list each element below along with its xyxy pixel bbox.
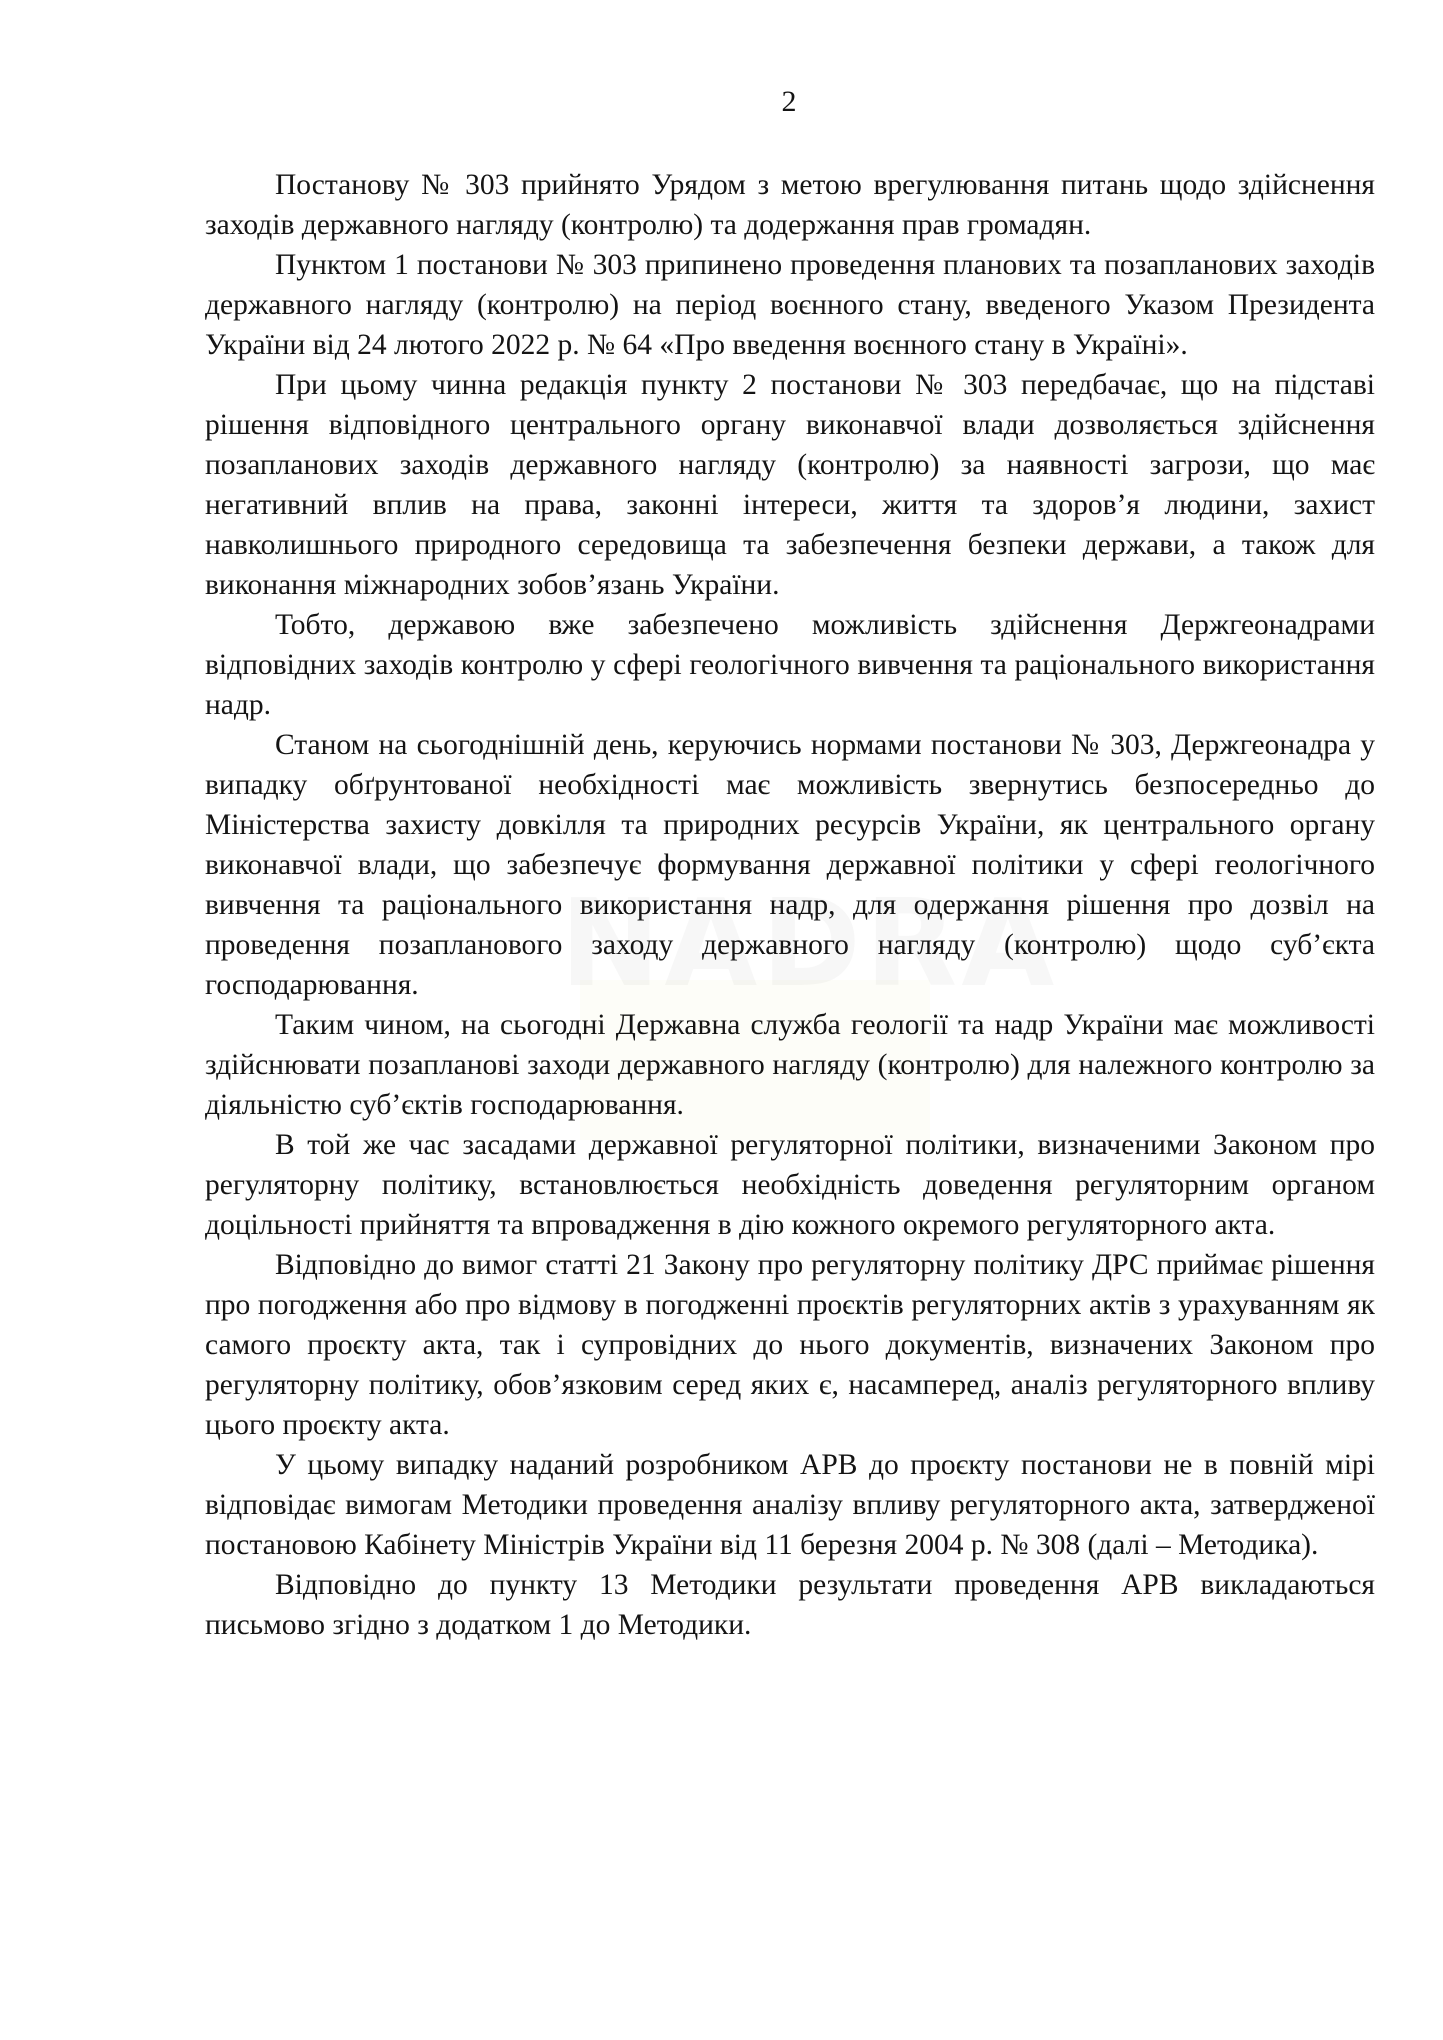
paragraph-derzhgeonadra-may-apply: Станом на сьогоднішній день, керуючись н…	[205, 725, 1375, 1005]
paragraph-methodology-point-13: Відповідно до пункту 13 Методики результ…	[205, 1565, 1375, 1645]
paragraph-inspections-suspended: Пунктом 1 постанови № 303 припинено пров…	[205, 245, 1375, 365]
paragraph-regulatory-policy-principles: В той же час засадами державної регулято…	[205, 1125, 1375, 1245]
paragraph-geology-service-capabilities: Таким чином, на сьогодні Державна служба…	[205, 1005, 1375, 1125]
page-number: 2	[0, 82, 1443, 122]
paragraph-arv-noncompliance: У цьому випадку наданий розробником АРВ …	[205, 1445, 1375, 1565]
paragraph-state-provided-possibility: Тобто, державою вже забезпечено можливіс…	[205, 605, 1375, 725]
paragraph-article-21-requirements: Відповідно до вимог статті 21 Закону про…	[205, 1245, 1375, 1445]
paragraph-unscheduled-inspections-allowed: При цьому чинна редакція пункту 2 постан…	[205, 365, 1375, 605]
document-body: Постанову № 303 прийнято Урядом з метою …	[205, 165, 1375, 1645]
paragraph-resolution-303-purpose: Постанову № 303 прийнято Урядом з метою …	[205, 165, 1375, 245]
